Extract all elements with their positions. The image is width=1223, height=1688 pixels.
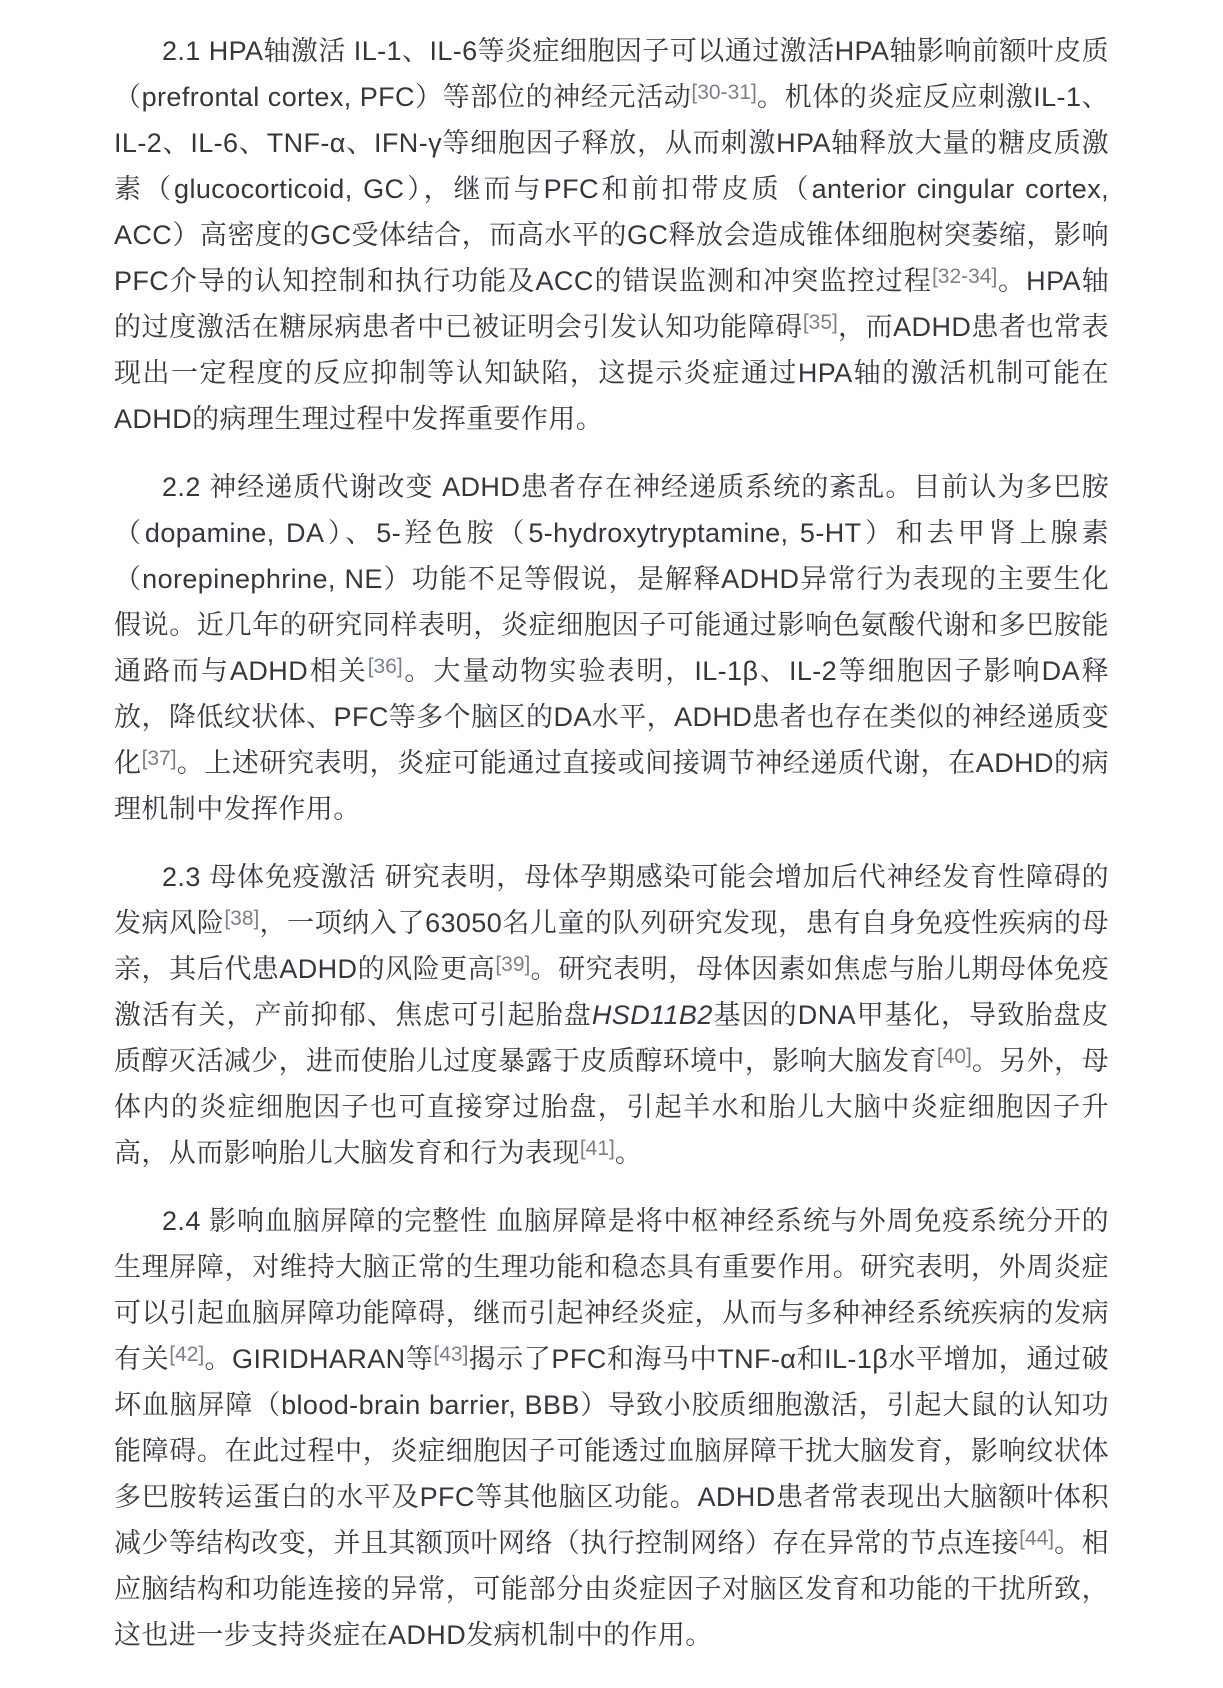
citation-ref: [36] (368, 655, 403, 678)
gene-name-italic: HSD11B2 (592, 1000, 713, 1030)
citation-ref: [44] (1019, 1527, 1054, 1550)
body-text: 。GIRIDHARAN等 (204, 1344, 433, 1374)
paragraph-hpa-axis-activation: 2.1 HPA轴激活 IL-1、IL-6等炎症细胞因子可以通过激活HPA轴影响前… (114, 28, 1109, 442)
citation-ref: [40] (937, 1045, 972, 1068)
body-text: 揭示了PFC和海马中TNF-α和IL-1β水平增加，通过破坏血脑屏障（blood… (114, 1344, 1109, 1558)
document-page: 2.1 HPA轴激活 IL-1、IL-6等炎症细胞因子可以通过激活HPA轴影响前… (0, 0, 1223, 1688)
citation-ref: [38] (224, 907, 259, 930)
paragraph-neurotransmitter-metabolism: 2.2 神经递质代谢改变 ADHD患者存在神经递质系统的紊乱。目前认为多巴胺（d… (114, 464, 1109, 832)
paragraph-blood-brain-barrier-integrity: 2.4 影响血脑屏障的完整性 血脑屏障是将中枢神经系统与外周免疫系统分开的生理屏… (114, 1198, 1109, 1658)
body-text: 2.2 神经递质代谢改变 ADHD患者存在神经递质系统的紊乱。目前认为多巴胺（d… (114, 472, 1109, 686)
citation-ref: [39] (495, 953, 530, 976)
citation-ref: [42] (169, 1343, 204, 1366)
paragraph-maternal-immune-activation: 2.3 母体免疫激活 研究表明，母体孕期感染可能会增加后代神经发育性障碍的发病风… (114, 854, 1109, 1176)
citation-ref: [37] (142, 747, 177, 770)
citation-ref: [35] (803, 311, 838, 334)
citation-ref: [43] (433, 1343, 468, 1366)
body-text: 。 (615, 1138, 642, 1168)
body-text: 。机体的炎症反应刺激IL-1、IL-2、IL-6、TNF-α、IFN-γ等细胞因… (114, 82, 1109, 296)
citation-ref: [30-31] (691, 81, 756, 104)
citation-ref: [32-34] (932, 265, 997, 288)
citation-ref: [41] (580, 1137, 615, 1160)
body-text: 。上述研究表明，炎症可能通过直接或间接调节神经递质代谢，在ADHD的病理机制中发… (114, 748, 1109, 824)
